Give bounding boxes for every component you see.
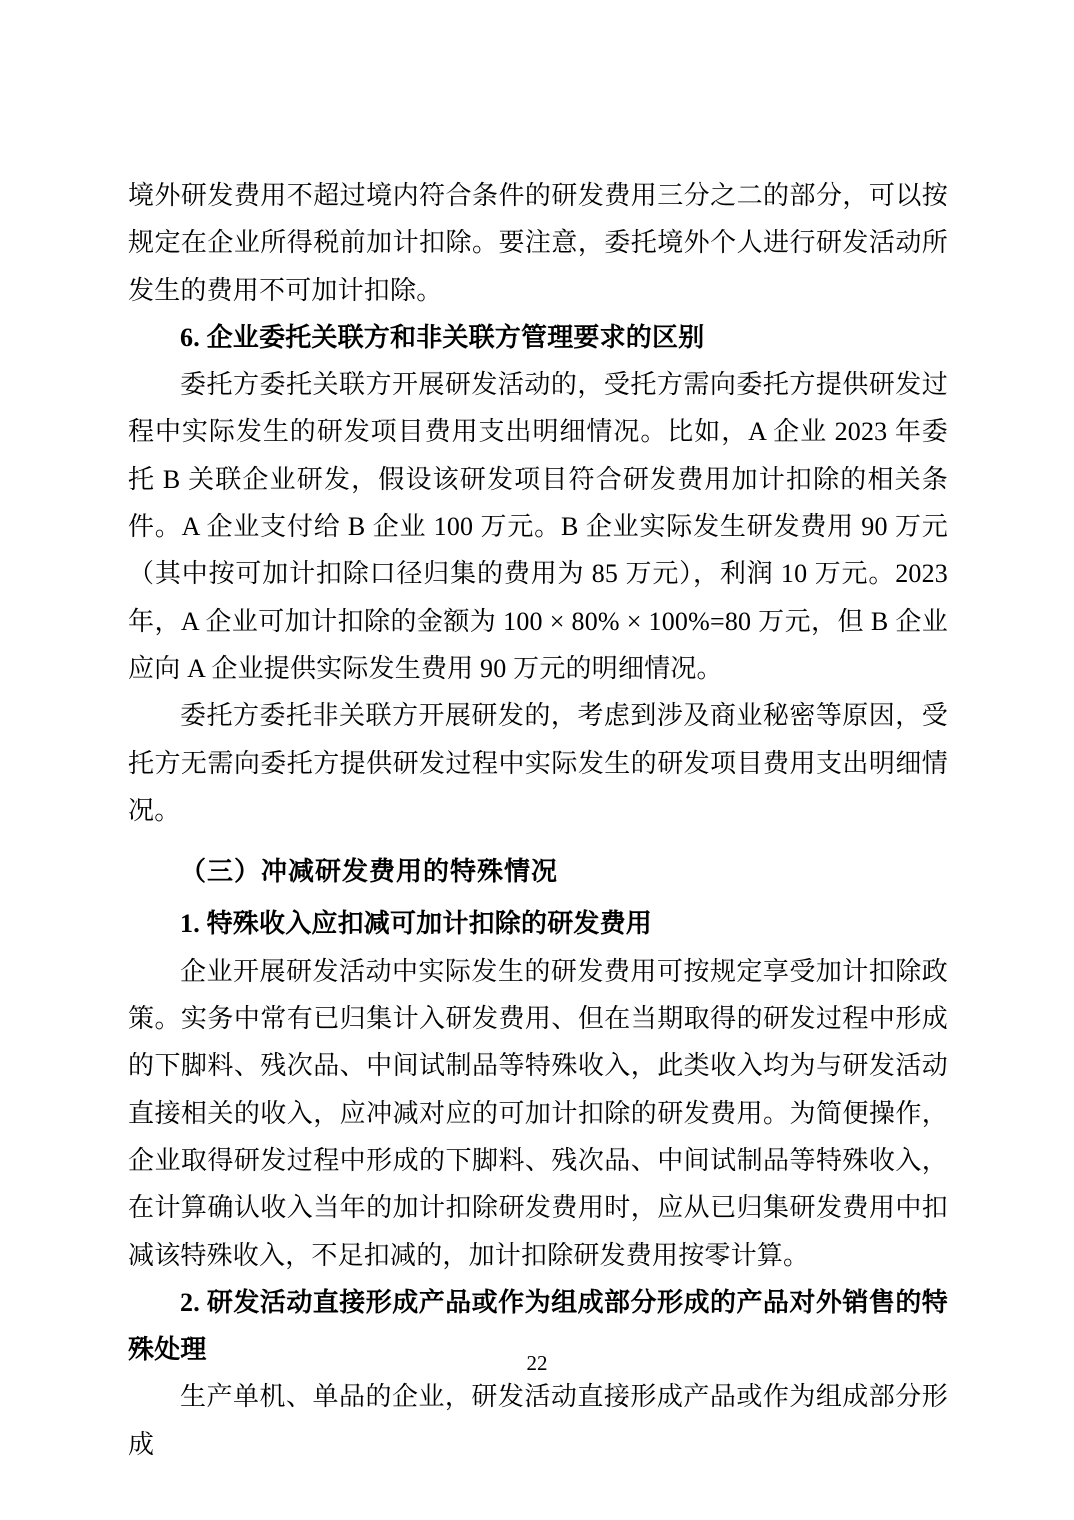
paragraph-related-party-example: 委托方委托关联方开展研发活动的，受托方需向委托方提供研发过程中实际发生的研发项目…	[128, 361, 948, 692]
document-content: 境外研发费用不超过境内符合条件的研发费用三分之二的部分，可以按规定在企业所得税前…	[128, 172, 948, 1468]
paragraph-continuation: 境外研发费用不超过境内符合条件的研发费用三分之二的部分，可以按规定在企业所得税前…	[128, 172, 948, 314]
page-number: 22	[0, 1348, 1074, 1378]
section-heading-three: （三）冲减研发费用的特殊情况	[128, 848, 948, 895]
heading-item-6: 6. 企业委托关联方和非关联方管理要求的区别	[128, 314, 948, 361]
paragraph-special-income: 企业开展研发活动中实际发生的研发费用可按规定享受加计扣除政策。实务中常有已归集计…	[128, 948, 948, 1279]
document-page: 境外研发费用不超过境内符合条件的研发费用三分之二的部分，可以按规定在企业所得税前…	[0, 0, 1074, 1520]
paragraph-non-related-party: 委托方委托非关联方开展研发的，考虑到涉及商业秘密等原因，受托方无需向委托方提供研…	[128, 692, 948, 834]
paragraph-product-sales: 生产单机、单品的企业，研发活动直接形成产品或作为组成部分形成	[128, 1373, 948, 1468]
heading-item-1: 1. 特殊收入应扣减可加计扣除的研发费用	[128, 900, 948, 947]
